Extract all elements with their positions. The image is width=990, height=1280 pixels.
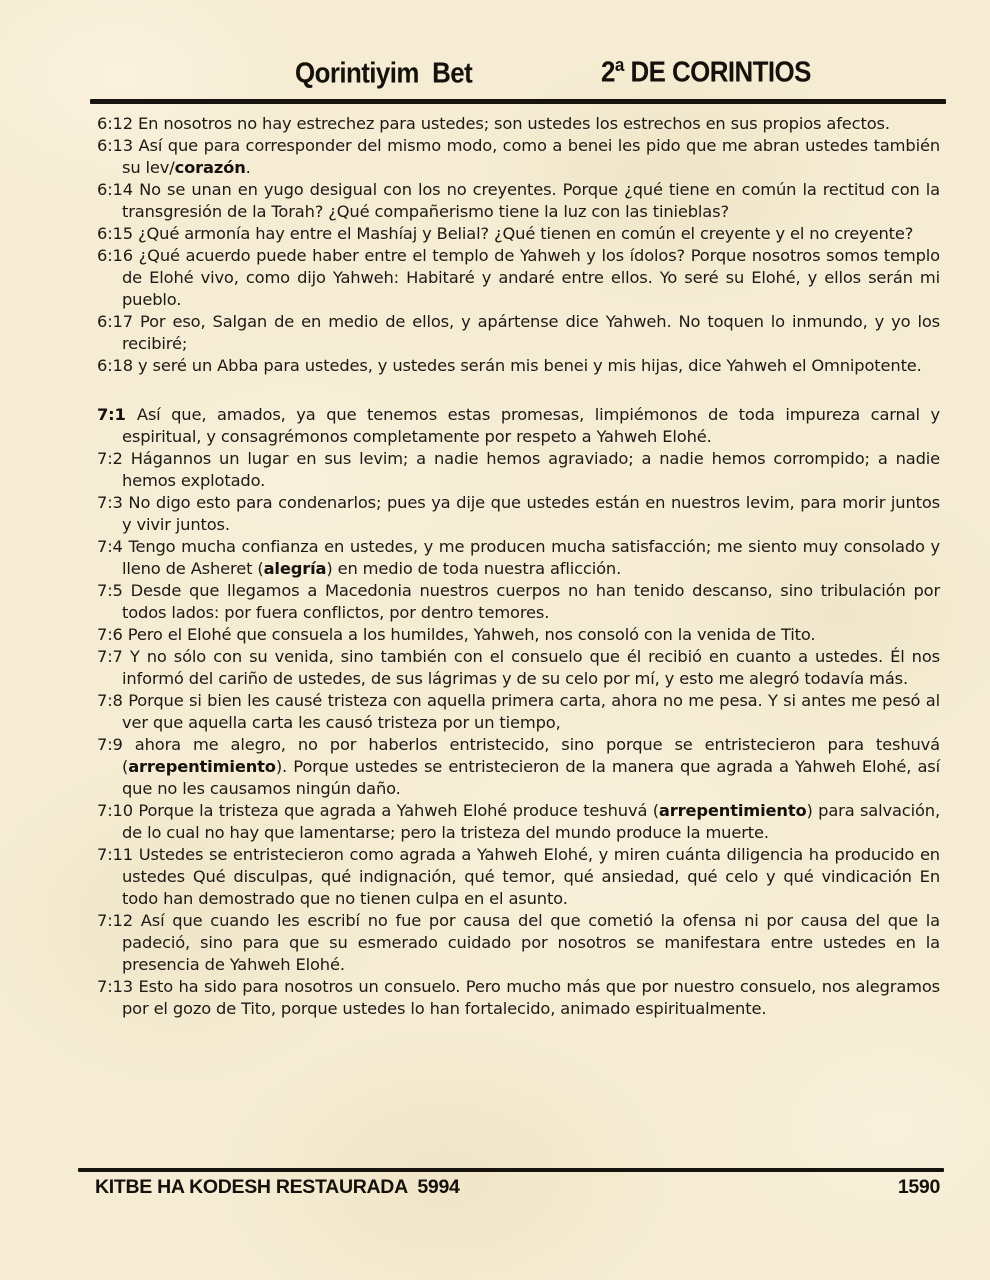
verse-text: Pero el Elohé que consuela a los humilde… bbox=[128, 625, 816, 644]
page-title-hebrew: Qorintiyim Bet bbox=[295, 57, 472, 90]
footer-rule bbox=[78, 1168, 944, 1172]
verse-number: 7:1 bbox=[97, 405, 137, 424]
verse-paragraph: 7:8 Porque si bien les causé tristeza co… bbox=[97, 690, 940, 734]
verse-paragraph: 7:3 No digo esto para condenarlos; pues … bbox=[97, 492, 940, 536]
verse-text: Y no sólo con su venida, sino también co… bbox=[122, 647, 940, 688]
verse-text: ahora me alegro, no por haberlos entrist… bbox=[122, 735, 940, 798]
verse-number: 7:7 bbox=[97, 647, 130, 666]
verse-text: Tengo mucha confianza en ustedes, y me p… bbox=[122, 537, 940, 578]
verse-text: Así que cuando les escribí no fue por ca… bbox=[122, 911, 940, 974]
footer-page-number: 1590 bbox=[898, 1176, 940, 1199]
verse-paragraph: 6:16 ¿Qué acuerdo puede haber entre el t… bbox=[97, 245, 940, 311]
verse-paragraph: 7:6 Pero el Elohé que consuela a los hum… bbox=[97, 624, 940, 646]
verse-number: 7:11 bbox=[97, 845, 139, 864]
verse-paragraph: 6:13 Así que para corresponder del mismo… bbox=[97, 135, 940, 179]
verse-text: Hágannos un lugar en sus levim; a nadie … bbox=[122, 449, 940, 490]
verse-paragraph: 6:17 Por eso, Salgan de en medio de ello… bbox=[97, 311, 940, 355]
verse-number: 7:12 bbox=[97, 911, 141, 930]
verse-text: Porque la tristeza que agrada a Yahweh E… bbox=[122, 801, 940, 842]
verse-paragraph: 7:4 Tengo mucha confianza en ustedes, y … bbox=[97, 536, 940, 580]
verse-paragraph: 6:12 En nosotros no hay estrechez para u… bbox=[97, 113, 940, 135]
verse-number: 6:15 bbox=[97, 224, 138, 243]
verse-text: Esto ha sido para nosotros un consuelo. … bbox=[122, 977, 940, 1018]
verse-text-block: 6:12 En nosotros no hay estrechez para u… bbox=[97, 113, 940, 1020]
verse-number: 6:13 bbox=[97, 136, 139, 155]
verse-paragraph: 6:18 y seré un Abba para ustedes, y uste… bbox=[97, 355, 940, 377]
verse-text: Desde que llegamos a Macedonia nuestros … bbox=[122, 581, 940, 622]
verse-text: En nosotros no hay estrechez para ustede… bbox=[138, 114, 890, 133]
header-rule bbox=[90, 99, 946, 104]
verse-number: 7:13 bbox=[97, 977, 138, 996]
verse-number: 6:14 bbox=[97, 180, 139, 199]
verse-paragraph: 7:12 Así que cuando les escribí no fue p… bbox=[97, 910, 940, 976]
verse-number: 7:10 bbox=[97, 801, 138, 820]
verse-number: 7:6 bbox=[97, 625, 128, 644]
verse-number: 7:5 bbox=[97, 581, 131, 600]
verse-number: 6:18 bbox=[97, 356, 138, 375]
verse-paragraph: 7:5 Desde que llegamos a Macedonia nuest… bbox=[97, 580, 940, 624]
verse-paragraph: 7:2 Hágannos un lugar en sus levim; a na… bbox=[97, 448, 940, 492]
verse-number: 7:4 bbox=[97, 537, 128, 556]
verse-paragraph: 7:1 Así que, amados, ya que tenemos esta… bbox=[97, 404, 940, 448]
verse-text: No digo esto para condenarlos; pues ya d… bbox=[122, 493, 940, 534]
verse-text: Así que para corresponder del mismo modo… bbox=[122, 136, 940, 177]
verse-paragraph: 7:10 Porque la tristeza que agrada a Yah… bbox=[97, 800, 940, 844]
verse-number: 7:2 bbox=[97, 449, 131, 468]
page-footer: KITBE HA KODESH RESTAURADA 5994 1590 bbox=[95, 1176, 940, 1199]
verse-paragraph: 7:11 Ustedes se entristecieron como agra… bbox=[97, 844, 940, 910]
verse-paragraph: 6:15 ¿Qué armonía hay entre el Mashíaj y… bbox=[97, 223, 940, 245]
verse-number: 6:12 bbox=[97, 114, 138, 133]
verse-number: 6:16 bbox=[97, 246, 139, 265]
verse-paragraph: 7:9 ahora me alegro, no por haberlos ent… bbox=[97, 734, 940, 800]
verse-text: ¿Qué armonía hay entre el Mashíaj y Beli… bbox=[138, 224, 913, 243]
verse-text: y seré un Abba para ustedes, y ustedes s… bbox=[138, 356, 922, 375]
verse-text: Porque si bien les causé tristeza con aq… bbox=[122, 691, 940, 732]
verse-text: ¿Qué acuerdo puede haber entre el templo… bbox=[122, 246, 940, 309]
verse-number: 7:9 bbox=[97, 735, 135, 754]
verse-number: 7:3 bbox=[97, 493, 128, 512]
verse-text: Por eso, Salgan de en medio de ellos, y … bbox=[122, 312, 940, 353]
verse-text: Así que, amados, ya que tenemos estas pr… bbox=[122, 405, 940, 446]
footer-edition-label: KITBE HA KODESH RESTAURADA 5994 bbox=[95, 1176, 460, 1199]
verse-text: No se unan en yugo desigual con los no c… bbox=[122, 180, 940, 221]
scripture-page: Qorintiyim Bet 2ª DE CORINTIOS 6:12 En n… bbox=[0, 0, 990, 1280]
verse-paragraph: 6:14 No se unan en yugo desigual con los… bbox=[97, 179, 940, 223]
verse-text: Ustedes se entristecieron como agrada a … bbox=[122, 845, 940, 908]
verse-paragraph: 7:7 Y no sólo con su venida, sino tambié… bbox=[97, 646, 940, 690]
page-title-spanish: 2ª DE CORINTIOS bbox=[601, 56, 811, 89]
verse-number: 6:17 bbox=[97, 312, 140, 331]
verse-number: 7:8 bbox=[97, 691, 128, 710]
verse-paragraph: 7:13 Esto ha sido para nosotros un consu… bbox=[97, 976, 940, 1020]
